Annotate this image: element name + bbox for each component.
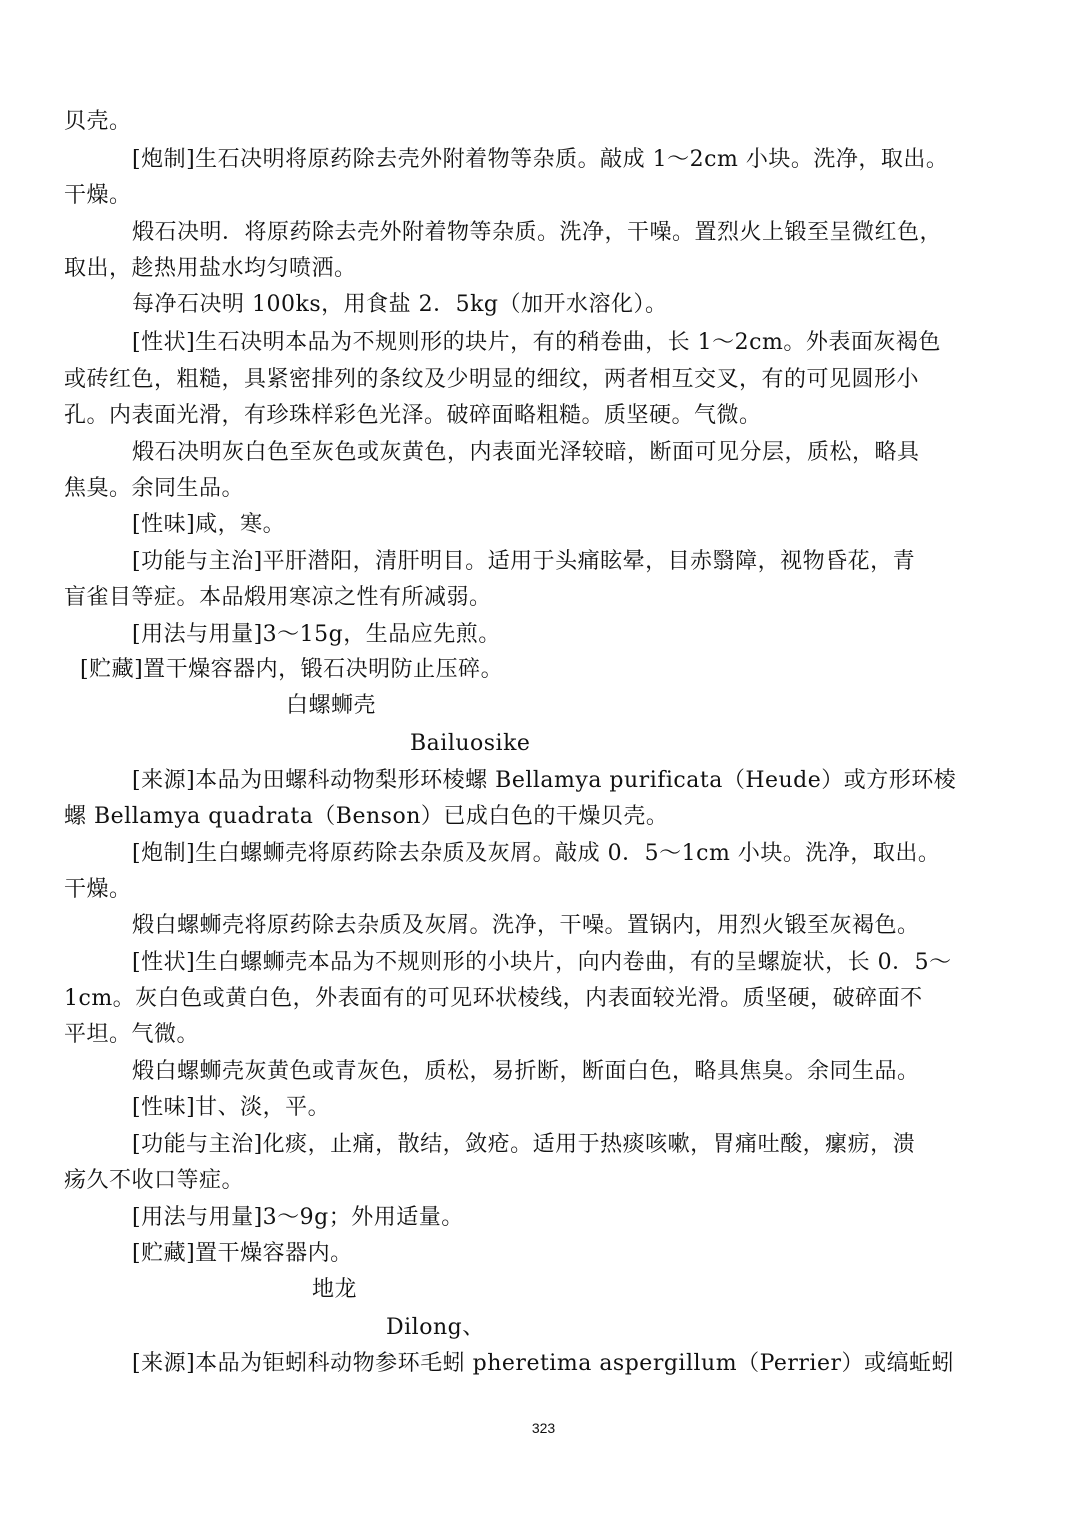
text-line: 螺 Bellamya quadrata（Benson）已成白色的干燥贝壳。 <box>64 803 668 831</box>
text-line: [用法与用量]3～15g，生品应先煎。 <box>132 621 501 649</box>
text-line: [贮藏]置干燥容器内，锻石决明防止压碎。 <box>80 656 503 684</box>
text-line: 1cm。灰白色或黄白色，外表面有的可见环状棱线，内表面较光滑。质坚硬，破碎面不 <box>64 985 923 1013</box>
text-line: 盲雀目等症。本品煅用寒凉之性有所减弱。 <box>64 584 492 612</box>
text-line: 煅石决明灰白色至灰色或灰黄色，内表面光泽较暗，断面可见分层，质松，略具 <box>132 439 920 467</box>
text-line: 贝壳。 <box>64 108 132 136</box>
text-line: 每净石决明 100ks，用食盐 2．5kg（加开水溶化）。 <box>132 291 668 319</box>
text-line: [性味]咸，寒。 <box>132 511 285 539</box>
text-line: [性状]生石决明本品为不规则形的块片，有的稍卷曲，长 1～2cm。外表面灰褐色 <box>132 329 941 357</box>
text-line: 干燥。 <box>64 876 132 904</box>
text-line: 疡久不收口等症。 <box>64 1167 244 1195</box>
text-line: 地龙 <box>312 1276 357 1304</box>
text-line: 或砖红色，粗糙，具紧密排列的条纹及少明显的细纹，两者相互交叉，有的可见圆形小 <box>64 366 919 394</box>
text-line: Dilong、 <box>386 1314 485 1342</box>
text-line: 焦臭。余同生品。 <box>64 475 244 503</box>
text-line: Bailuosike <box>410 730 530 758</box>
text-line: [贮藏]置干燥容器内。 <box>132 1240 353 1268</box>
text-line: 白螺蛳壳 <box>286 692 376 720</box>
page-number: 323 <box>0 1420 1087 1436</box>
text-line: [来源]本品为钜蚓科动物参环毛蚓 pheretima aspergillum（P… <box>132 1350 954 1378</box>
document-page: 贝壳。[炮制]生石决明将原药除去壳外附着物等杂质。敲成 1～2cm 小块。洗净，… <box>0 0 1087 1536</box>
text-line: 煅石决明．将原药除去壳外附着物等杂质。洗净，干噪。置烈火上锻至呈微红色， <box>132 219 942 247</box>
text-line: [来源]本品为田螺科动物梨形环棱螺 Bellamya purificata（He… <box>132 767 956 795</box>
text-line: [炮制]生白螺蛳壳将原药除去杂质及灰屑。敲成 0．5～1cm 小块。洗净，取出。 <box>132 840 940 868</box>
text-line: [功能与主治]化痰，止痛，散结，敛疮。适用于热痰咳嗽，胃痛吐酸，瘰疬，溃 <box>132 1131 915 1159</box>
text-line: [性味]甘、淡，平。 <box>132 1094 330 1122</box>
text-line: 平坦。气微。 <box>64 1021 199 1049</box>
text-line: 煅白螺蛳壳灰黄色或青灰色，质松，易折断，断面白色，略具焦臭。余同生品。 <box>132 1058 920 1086</box>
text-line: [炮制]生石决明将原药除去壳外附着物等杂质。敲成 1～2cm 小块。洗净，取出。 <box>132 146 948 174</box>
text-line: 干燥。 <box>64 182 132 210</box>
text-line: [用法与用量]3～9g；外用适量。 <box>132 1204 464 1232</box>
text-line: 孔。内表面光滑，有珍珠样彩色光泽。破碎面略粗糙。质坚硬。气微。 <box>64 402 762 430</box>
text-line: [性状]生白螺蛳壳本品为不规则形的小块片，向内卷曲，有的呈螺旋状，长 0．5～ <box>132 949 952 977</box>
text-line: [功能与主治]平肝潜阳，清肝明目。适用于头痛眩晕，目赤翳障，视物昏花，青 <box>132 548 915 576</box>
text-line: 煅白螺蛳壳将原药除去杂质及灰屑。洗净，干噪。置锅内，用烈火锻至灰褐色。 <box>132 912 920 940</box>
text-line: 取出，趁热用盐水均匀喷洒。 <box>64 255 357 283</box>
